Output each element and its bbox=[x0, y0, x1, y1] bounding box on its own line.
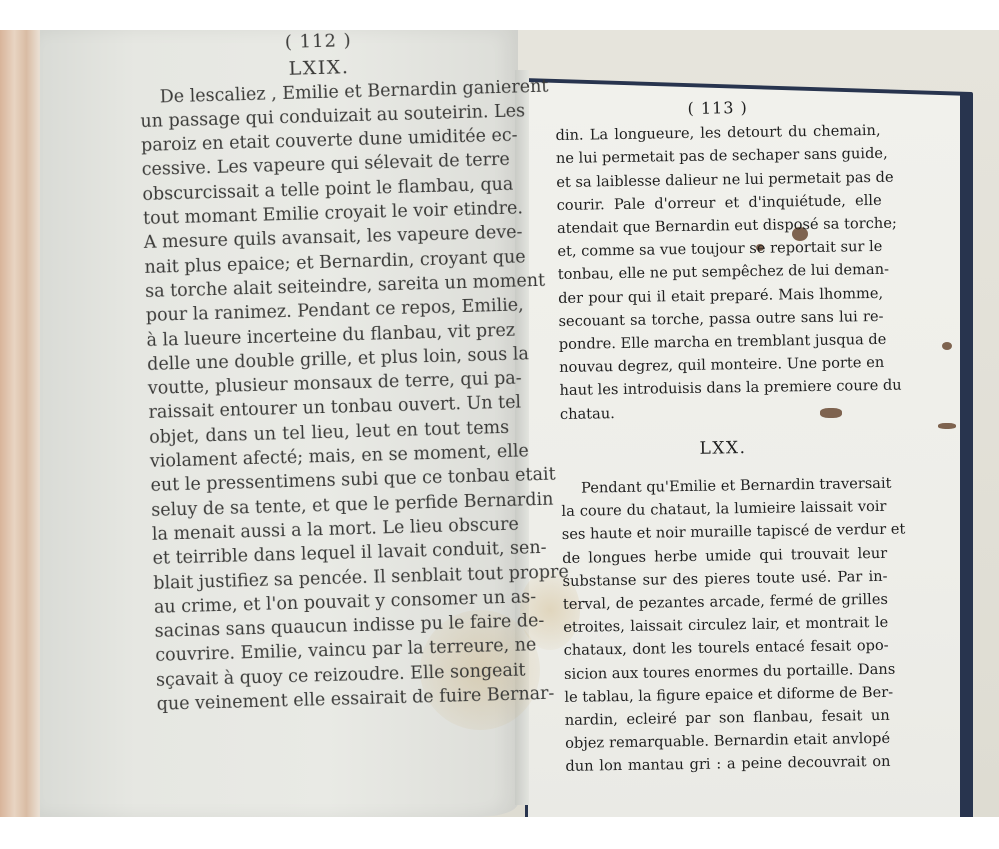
text-line: chatau. bbox=[560, 397, 885, 425]
chapter-heading: LXX. bbox=[560, 435, 885, 463]
ink-stain bbox=[938, 423, 956, 429]
ink-stain bbox=[942, 342, 952, 350]
page-number: ( 113 ) bbox=[555, 94, 880, 122]
right-page-text: ( 113 ) din. La longueure, les detourt d… bbox=[555, 94, 891, 779]
left-page-text: ( 112 ) LXIX. De lescaliez , Emilie et B… bbox=[138, 25, 517, 717]
